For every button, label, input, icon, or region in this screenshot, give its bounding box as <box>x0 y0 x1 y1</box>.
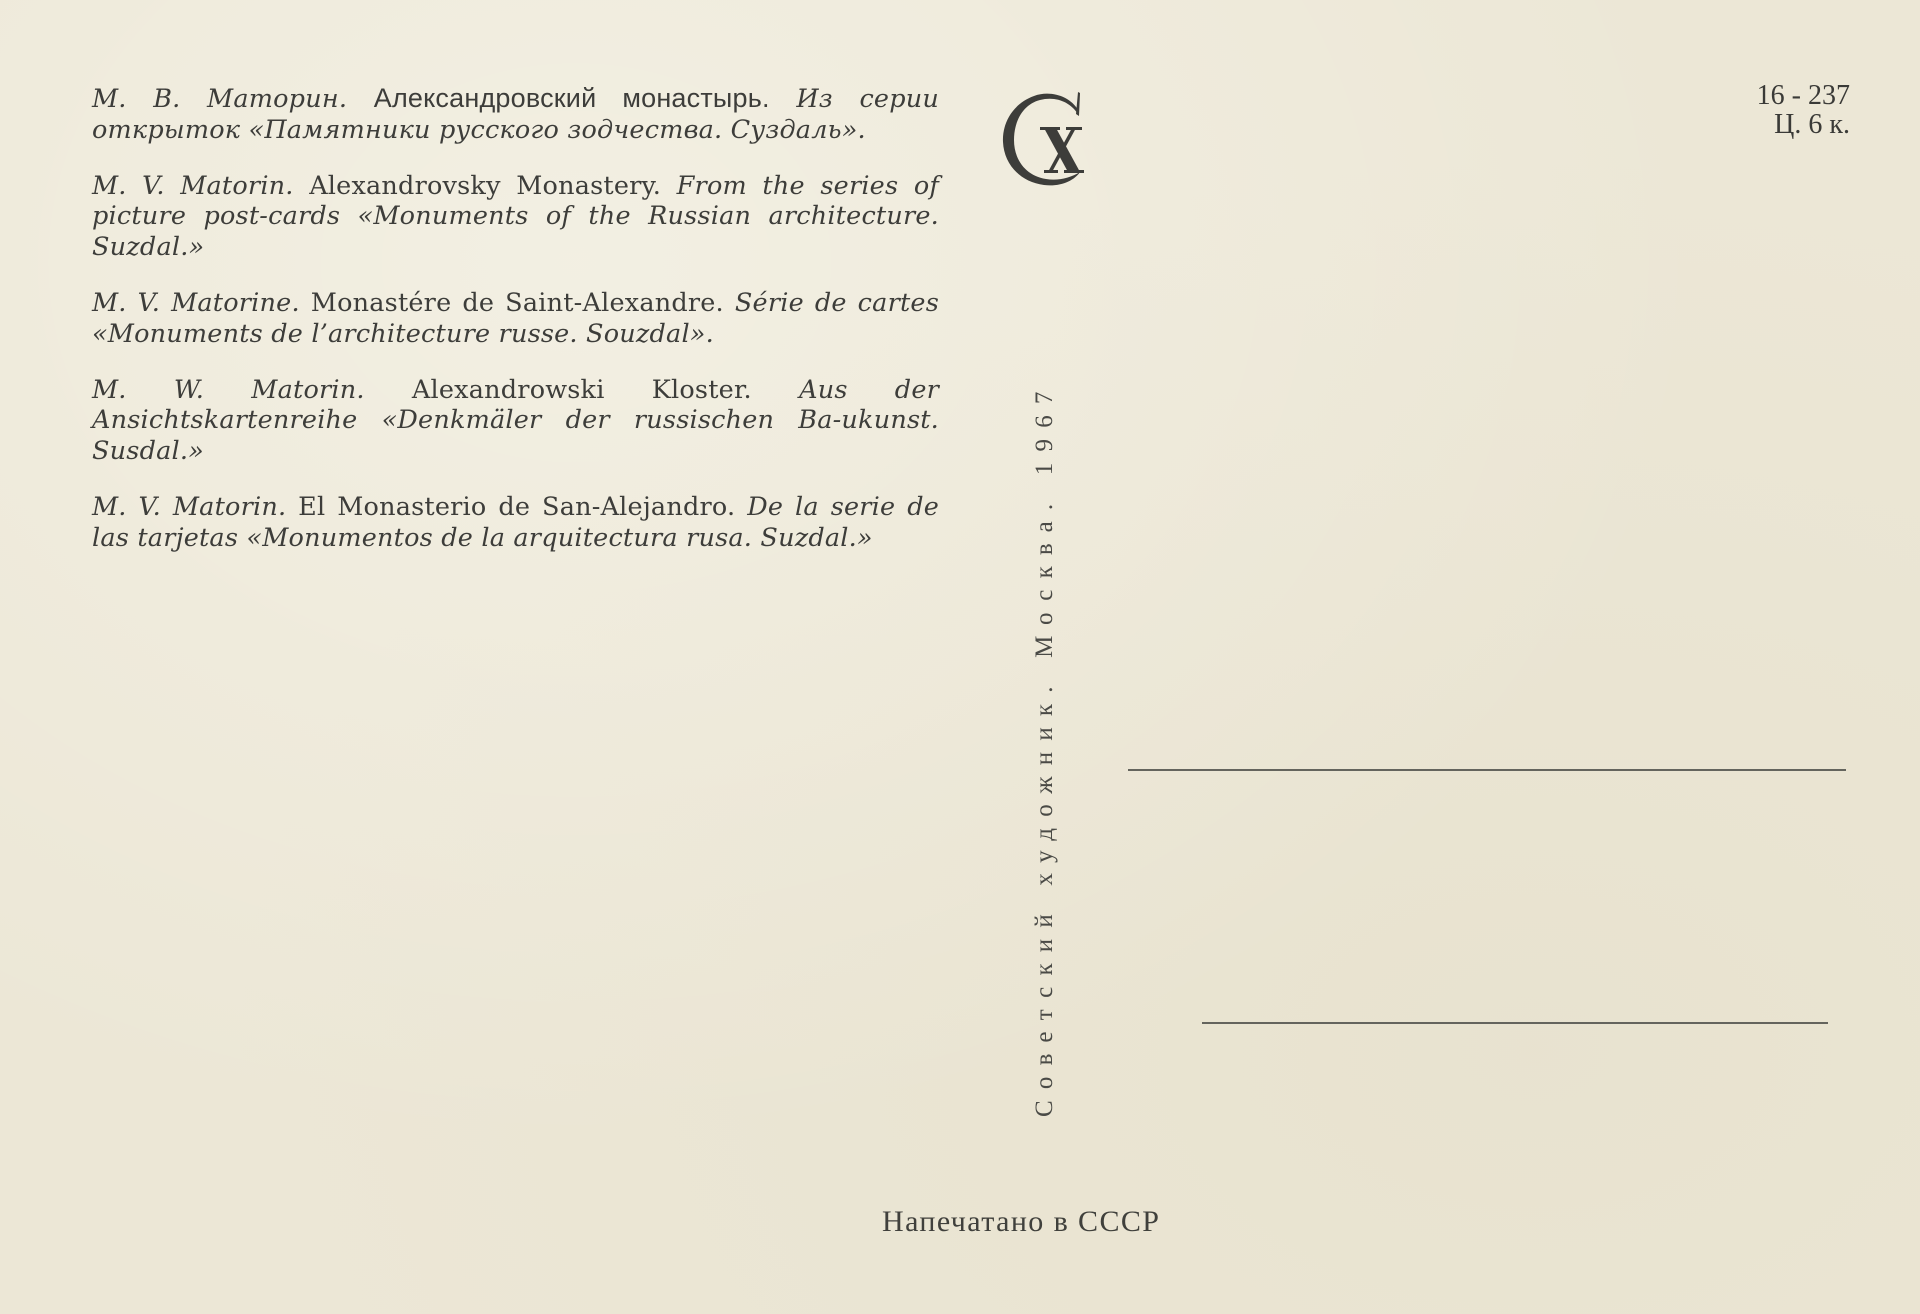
description-german: M. W. Matorin. Alexandrowski Kloster. Au… <box>92 375 939 467</box>
price: Ц. 6 к. <box>1757 110 1850 139</box>
author-name: M. V. Matorin. <box>92 492 286 522</box>
author-name: M. V. Matorine. <box>92 288 300 318</box>
artwork-title: El Monasterio de San-Alejandro. <box>298 492 735 522</box>
address-line-2 <box>1202 1022 1828 1024</box>
artwork-title: Alexandrowski Kloster. <box>412 375 752 405</box>
catalog-number: 16 - 237 <box>1757 81 1850 110</box>
catalog-info: 16 - 237 Ц. 6 к. <box>1757 81 1850 139</box>
description-english: M. V. Matorin. Alexandrovsky Monastery. … <box>92 171 939 263</box>
author-name: М. В. Маторин. <box>92 84 347 114</box>
description-text: М. В. Маторин. Александровский монастырь… <box>92 83 939 565</box>
printed-in-ussr: Напечатано в СССР <box>882 1205 1160 1239</box>
author-name: M. V. Matorin. <box>92 171 294 201</box>
artwork-title: Александровский монастырь. <box>374 83 770 113</box>
author-name: M. W. Matorin. <box>92 375 365 405</box>
publisher-line: Советский художник. Москва. 1967 <box>1031 269 1059 1117</box>
address-line-1 <box>1128 769 1846 771</box>
artwork-title: Monastére de Saint-Alexandre. <box>311 288 724 318</box>
postcard-back: М. В. Маторин. Александровский монастырь… <box>0 0 1920 1314</box>
artwork-title: Alexandrovsky Monastery. <box>309 171 661 201</box>
sovetsky-khudozhnik-logo-icon <box>998 88 1088 188</box>
description-spanish: M. V. Matorin. El Monasterio de San-Alej… <box>92 492 939 553</box>
description-french: M. V. Matorine. Monastére de Saint-Alexa… <box>92 288 939 349</box>
description-russian: М. В. Маторин. Александровский монастырь… <box>92 83 939 145</box>
